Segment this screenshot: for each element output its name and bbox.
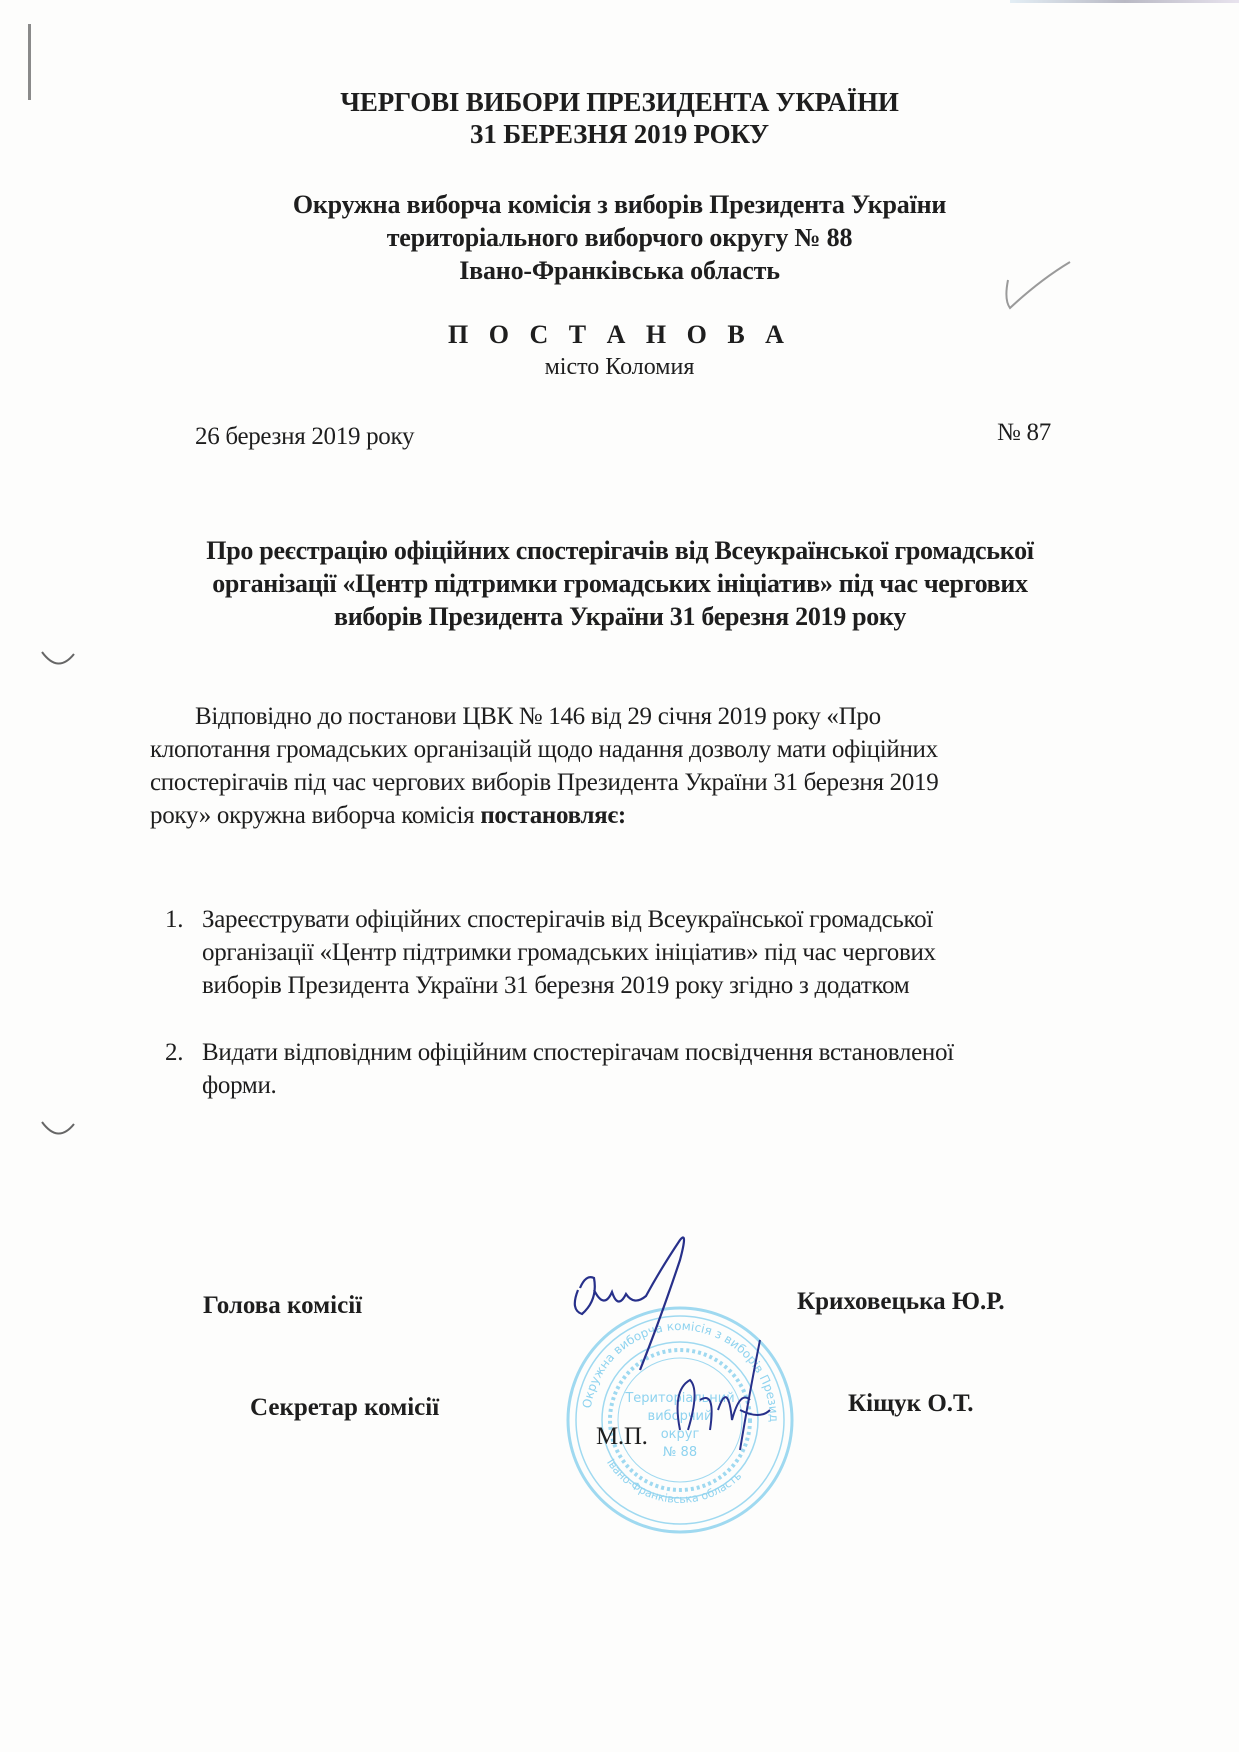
secretary-signature (670, 1330, 790, 1460)
item-line: Видати відповідним офіційним спостерігач… (202, 1036, 1125, 1069)
secretary-name: Кіщук О.Т. (848, 1390, 973, 1418)
punch-hole-mark-upper (38, 648, 78, 672)
preamble: Відповідно до постанови ЦВК № 146 від 29… (150, 700, 1110, 832)
document-subject: Про реєстрацію офіційних спостерігачів в… (120, 534, 1120, 633)
item-line: Зареєструвати офіційних спостерігачів ві… (202, 903, 1125, 936)
document-date: 26 березня 2019 року (195, 420, 414, 453)
seal-placeholder: М.П. (596, 1420, 648, 1453)
punch-hole-mark-lower (38, 1118, 78, 1142)
preamble-text: року» окружна виборча комісія (150, 802, 480, 829)
document-number: № 87 (997, 416, 1051, 449)
resolution-item-1: 1. Зареєструвати офіційних спостерігачів… (165, 903, 1125, 1002)
commission-block: Окружна виборча комісія з виборів Презид… (0, 188, 1239, 287)
preamble-line: Відповідно до постанови ЦВК № 146 від 29… (150, 700, 1110, 733)
item-line: форми. (202, 1069, 1125, 1102)
resolution-item-2: 2. Видати відповідним офіційним спостері… (165, 1036, 1125, 1102)
item-line: організації «Центр підтримки громадських… (202, 936, 1125, 969)
document-city: місто Коломия (0, 354, 1239, 381)
preamble-line: спостерігачів під час чергових виборів П… (150, 766, 1110, 799)
commission-district: територіального виборчого округу № 88 (0, 221, 1239, 254)
scan-top-edge (1010, 0, 1239, 3)
item-number: 1. (165, 903, 183, 936)
resolves-keyword: постановляє: (480, 802, 626, 829)
commission-name: Окружна виборча комісія з виборів Презид… (0, 188, 1239, 221)
chair-name: Криховецька Ю.Р. (797, 1288, 1005, 1316)
election-date: 31 БЕРЕЗНЯ 2019 РОКУ (0, 118, 1239, 150)
preamble-line: року» окружна виборча комісія постановля… (150, 799, 1110, 832)
svg-text:Івано-Франківська область: Івано-Франківська область (604, 1456, 744, 1506)
chair-label: Голова комісії (203, 1292, 362, 1320)
election-title: ЧЕРГОВІ ВИБОРИ ПРЕЗИДЕНТА УКРАЇНИ (0, 86, 1239, 118)
preamble-line: клопотання громадських організацій щодо … (150, 733, 1110, 766)
election-header: ЧЕРГОВІ ВИБОРИ ПРЕЗИДЕНТА УКРАЇНИ 31 БЕР… (0, 86, 1239, 150)
item-line: виборів Президента України 31 березня 20… (202, 969, 1125, 1002)
subject-line: Про реєстрацію офіційних спостерігачів в… (120, 534, 1120, 567)
commission-region: Івано-Франківська область (0, 254, 1239, 287)
item-number: 2. (165, 1036, 183, 1069)
secretary-label: Секретар комісії (250, 1394, 439, 1422)
document-type-title: П О С Т А Н О В А (0, 320, 1239, 350)
subject-line: виборів Президента України 31 березня 20… (120, 600, 1120, 633)
subject-line: організації «Центр підтримки громадських… (120, 567, 1120, 600)
